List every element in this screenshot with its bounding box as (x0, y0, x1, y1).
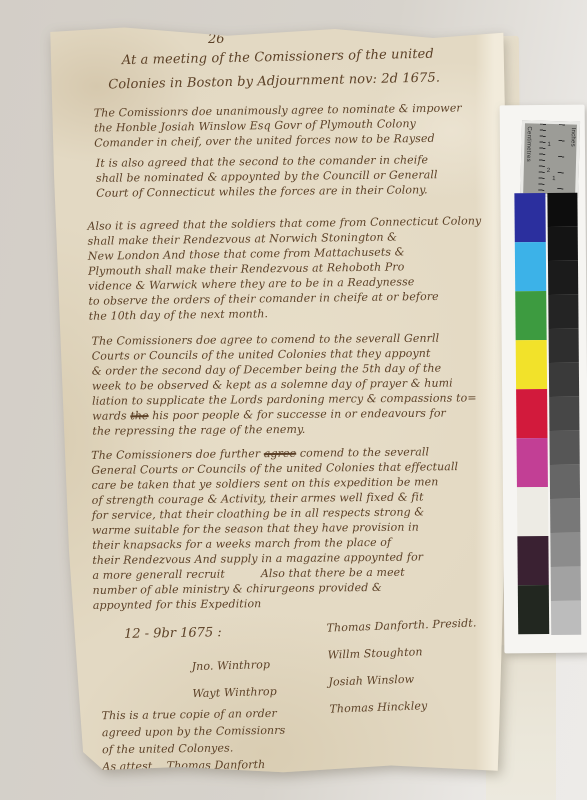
manuscript-line: Court of Connecticut whiles the forces a… (96, 182, 438, 201)
calibration-card: Centimetres Inches 1 2 1 (500, 105, 587, 654)
page-number: 26 (208, 32, 225, 47)
ruler-number: 1 (547, 142, 550, 148)
paragraph-nomination: The Comissionrs doe unanimously agree to… (94, 100, 463, 150)
struck-word: the (130, 409, 148, 422)
grayscale-step (550, 533, 580, 567)
manuscript-line: the repressing the rage of the enemy. (92, 420, 477, 438)
paragraph-day-of-prayer: The Comissioners doe agree to comend to … (92, 330, 477, 438)
grayscale-step (549, 329, 579, 363)
ruler-inches-label: Inches (568, 127, 576, 194)
color-patch-column (514, 193, 549, 634)
signature: Thomas Hinckley (329, 690, 480, 722)
color-patch-yellow (516, 340, 547, 389)
calibration-card-wrap: Centimetres Inches 1 2 1 (502, 105, 587, 653)
grayscale-step (548, 261, 578, 295)
date-line: 12 - 9br 1675 : (124, 625, 222, 642)
attestation-line: As attest. Thomas Danforth (102, 756, 286, 776)
line-text: his poor people & for successe in or end… (149, 407, 446, 423)
grayscale-step (551, 567, 581, 601)
signatures-left: Jno. Winthrop Wayt Winthrop (191, 651, 277, 707)
signature: Jno. Winthrop (191, 651, 276, 680)
color-patch-cyan (515, 242, 546, 291)
color-patch-green (515, 291, 546, 340)
grayscale-step (550, 499, 580, 533)
meeting-heading: At a meeting of the Comissioners of the … (108, 43, 441, 98)
grayscale-step (549, 431, 579, 465)
manuscript-line: appoynted for this Expedition (93, 594, 460, 613)
grayscale-step (549, 397, 579, 431)
color-patch-red (516, 389, 547, 438)
paragraph-rendezvous: Also it is agreed that the soldiers that… (87, 213, 482, 323)
struck-word: agree (264, 447, 297, 460)
color-patch-blue (514, 193, 545, 242)
manuscript-paper-wrap: 26 At a meeting of the Comissioners of t… (40, 26, 508, 776)
color-patch-dark-purple (517, 536, 548, 585)
ruler-number: 2 (547, 168, 550, 174)
ruler-centimetres-label: Centimetres (524, 126, 532, 193)
signature: Wayt Winthrop (192, 678, 277, 707)
grayscale-step (551, 601, 581, 635)
signatures-right: Thomas Danforth. Presidt. Willm Stoughto… (326, 609, 480, 722)
signature: Thomas Danforth. Presidt. (326, 609, 477, 641)
ruler-card: Centimetres Inches 1 2 1 (520, 120, 580, 197)
grayscale-column (547, 193, 581, 635)
grayscale-step (547, 193, 577, 227)
line-text: comend to the severall (296, 445, 429, 459)
grayscale-step (548, 227, 578, 261)
ruler-number: 1 (552, 176, 555, 182)
paragraph-second-in-command: It is also agreed that the second to the… (96, 152, 438, 201)
grayscale-step (549, 363, 579, 397)
line-text: The Comissioners doe further (91, 447, 264, 462)
grayscale-step (548, 295, 578, 329)
ruler-cm-ticks (538, 124, 546, 194)
color-patch-black-green (518, 585, 549, 634)
grayscale-step (550, 465, 580, 499)
attestation-line: agreed upon by the Comissionrs (102, 722, 286, 742)
photographed-manuscript-scene: 26 At a meeting of the Comissioners of t… (0, 0, 587, 800)
color-patch-white (517, 487, 548, 536)
color-patch-magenta (517, 438, 548, 487)
manuscript-paper: 26 At a meeting of the Comissioners of t… (40, 26, 508, 776)
line-text: wards (92, 409, 130, 422)
attestation: This is a true copie of an order agreed … (102, 705, 286, 776)
ruler-inch-ticks (557, 124, 565, 194)
paragraph-soldiers-provision: The Comissioners doe further agree comen… (91, 444, 460, 613)
